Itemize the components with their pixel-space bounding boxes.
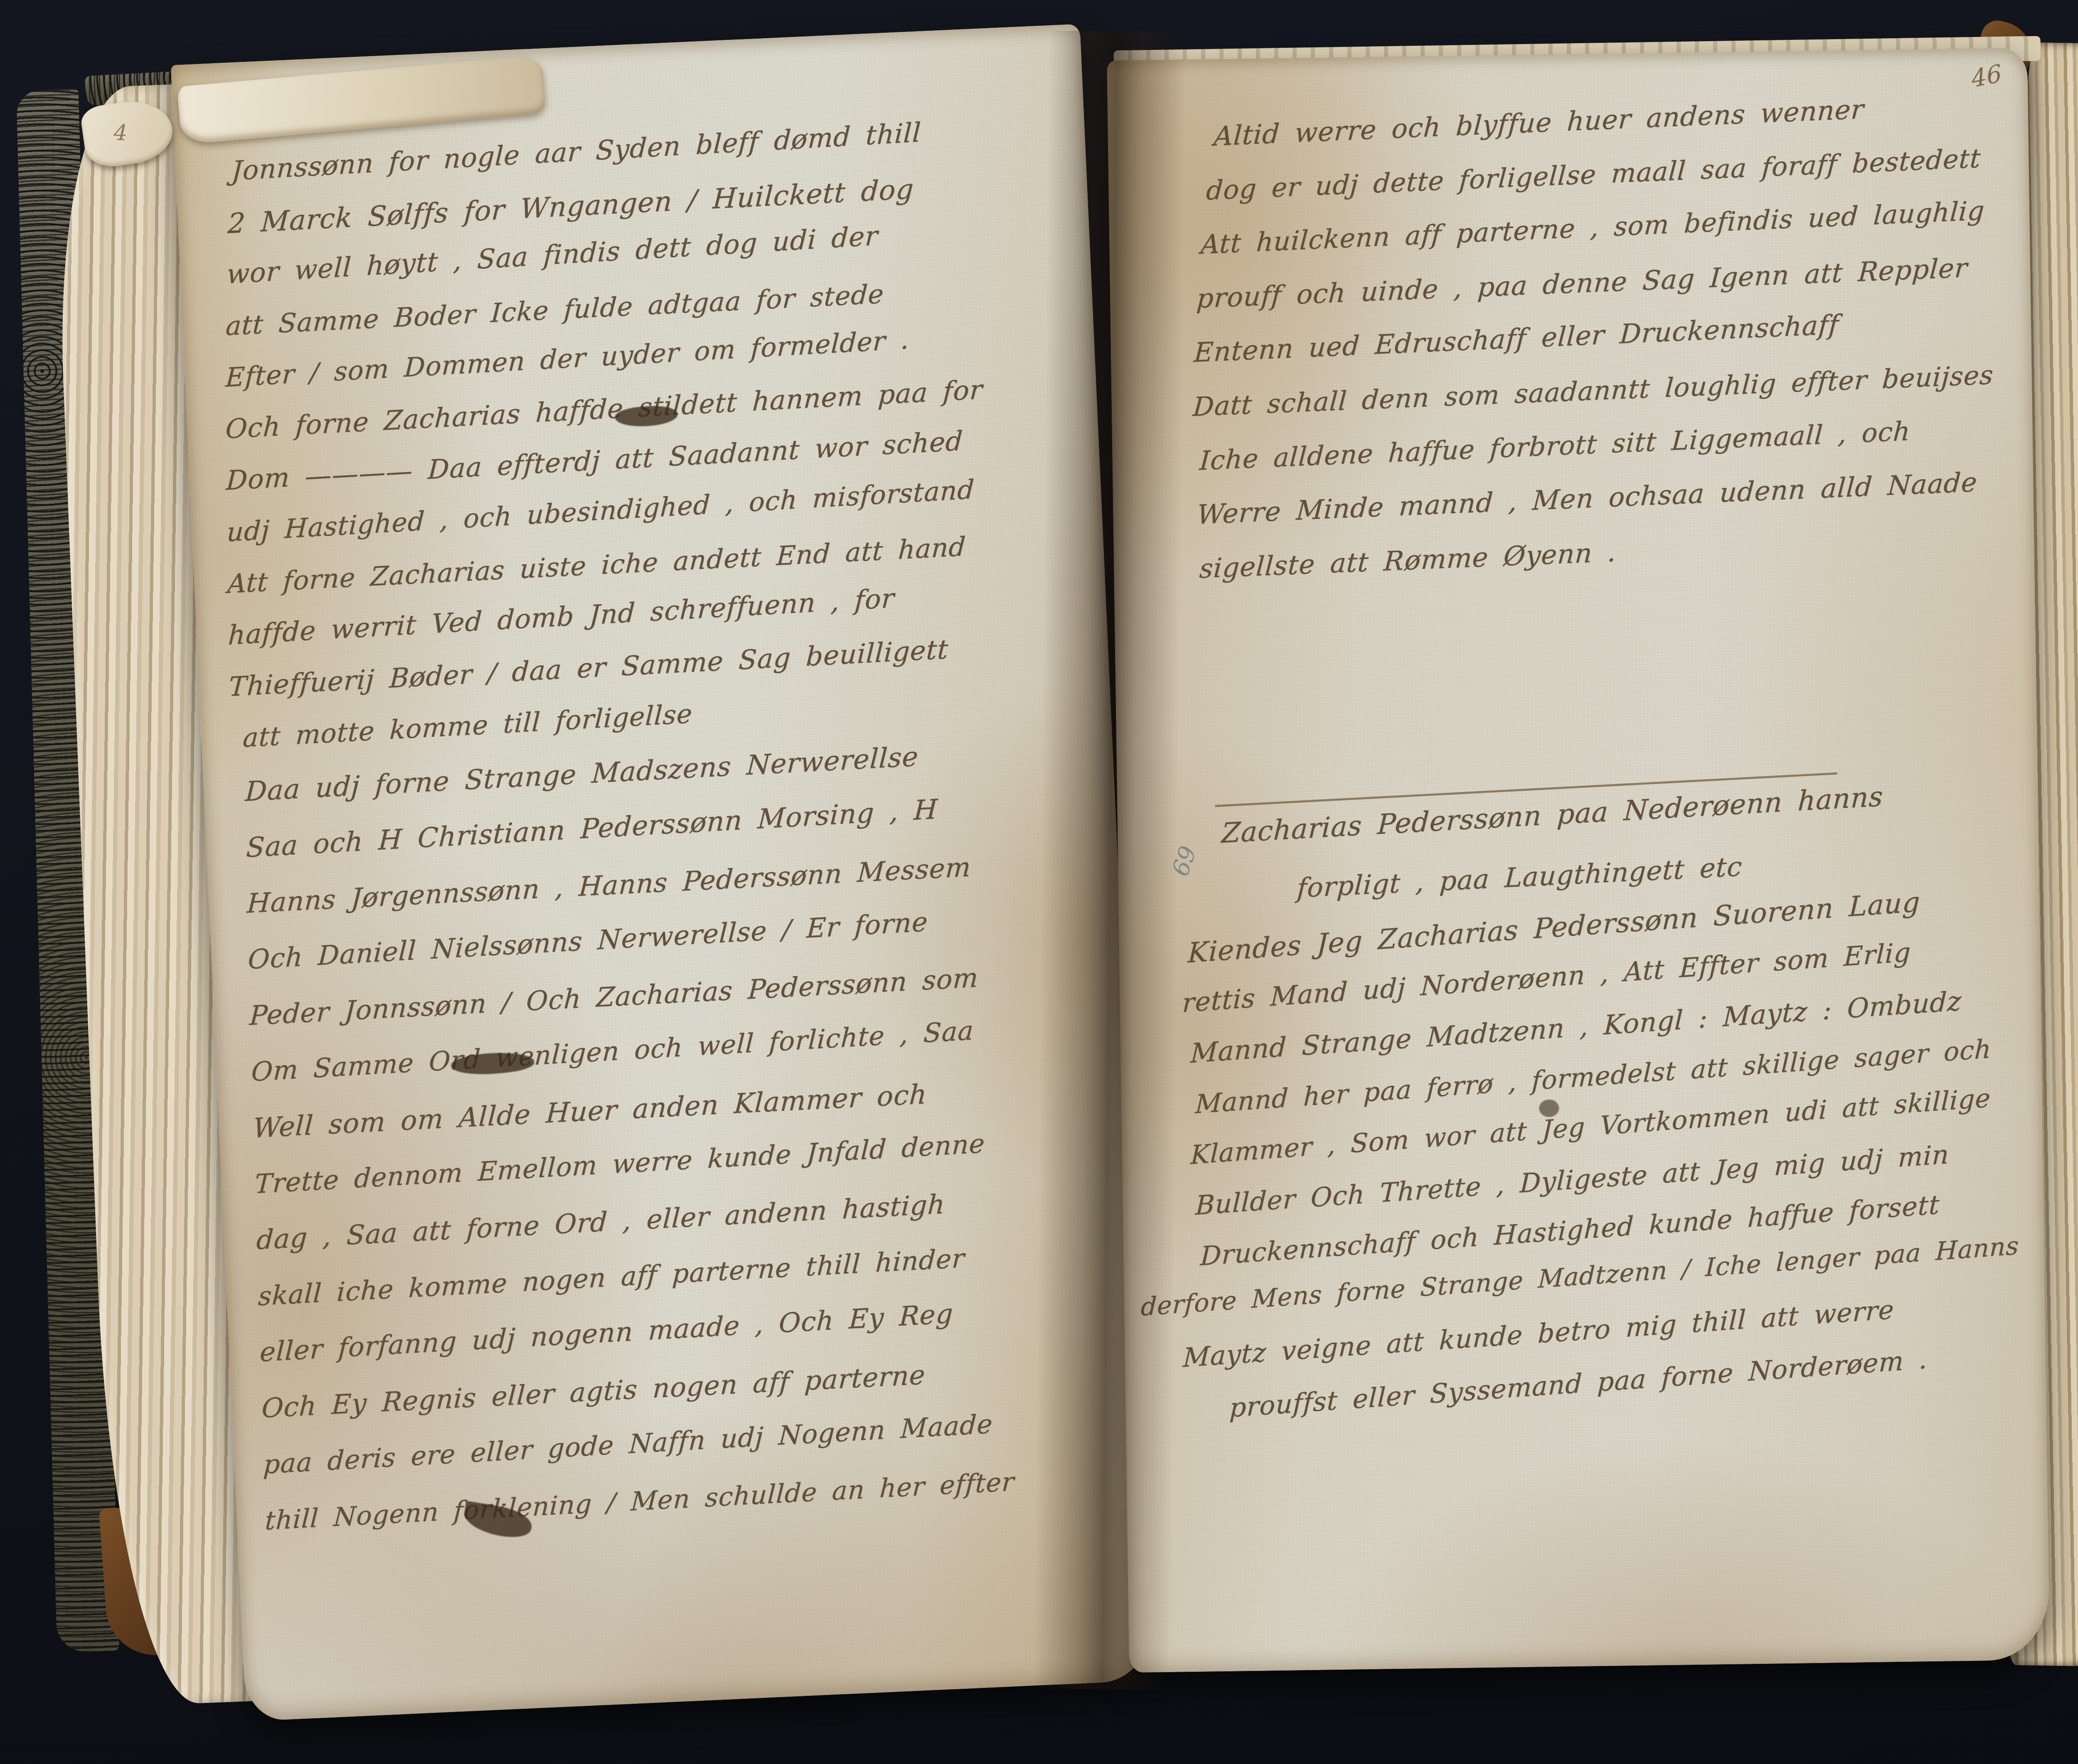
manuscript-line: thill Nogenn forklening / Men schullde a… [264, 1466, 1015, 1536]
manuscript-line: Hanns Jørgennssønn , Hanns Pederssønn Me… [246, 852, 972, 920]
left-page: Jonnssønn for nogle aar Syden bleff dømd… [171, 24, 1155, 1721]
manuscript-line: Daa udj forne Strange Madszens Nerwerell… [244, 741, 919, 807]
manuscript-line: sigellste att Rømme Øyenn . [1199, 537, 1618, 585]
manuscript-line: Och Ey Regnis eller agtis nogen aff part… [261, 1360, 926, 1424]
manuscript-line: paa deris ere eller gode Naffn udj Nogen… [263, 1409, 994, 1480]
manuscript-line: att motte komme till forligellse [242, 699, 693, 753]
manuscript-line: skall iche komme nogen aff parterne thil… [257, 1243, 965, 1311]
manuscript-line: Iche alldene haffue forbrott sitt Liggem… [1199, 416, 1911, 476]
entry-heading-line: Zacharias Pederssønn paa Nederøenn hanns [1221, 780, 1884, 849]
manuscript-line: Datt schall denn som saadanntt loughlig … [1192, 359, 1994, 422]
manuscript-line: Saa och H Christiann Pederssønn Morsing … [245, 794, 938, 864]
manuscript-line: dog er udj dette forligellse maall saa f… [1205, 143, 1982, 206]
manuscript-line: Well som om Allde Huer anden Klammer och [252, 1079, 928, 1144]
manuscript-line: Werre Minde mannd , Men ochsaa udenn all… [1196, 467, 1978, 531]
entry-heading-line: forpligt , paa Laugthingett etc [1296, 851, 1743, 904]
folio-number: 46 [1970, 59, 2003, 93]
manuscript-line: Entenn ued Edruschaff eller Druckennscha… [1193, 310, 1840, 369]
manuscript-line: prouff och uinde , paa denne Sag Igenn a… [1196, 253, 1969, 315]
manuscript-line: dag , Saa att forne Ord , eller andenn h… [256, 1189, 946, 1256]
pencil-folio-number: 69 [1167, 843, 1202, 880]
manuscript-line: Att huilckenn aff parterne , som befindi… [1200, 195, 1986, 260]
manuscript-line: eller forfanng udj nogenn maade , Och Ey… [259, 1299, 954, 1368]
manuscript-line: Altid werre och blyffue huer andens wenn… [1213, 94, 1865, 152]
manuscript-line: Trette dennom Emellom werre kunde Jnfald… [254, 1128, 986, 1200]
manuscript-line: Om Samme Ord wenligen och well forlichte… [251, 1015, 975, 1087]
right-page: Altid werre och blyffue huer andens wenn… [1107, 48, 2050, 1673]
manuscript-line: Och Daniell Nielssønns Nerwerellse / Er … [247, 907, 929, 976]
manuscript-photo: Jonnssønn for nogle aar Syden bleff dømd… [0, 0, 2078, 1764]
tab-number: 4 [113, 121, 128, 146]
